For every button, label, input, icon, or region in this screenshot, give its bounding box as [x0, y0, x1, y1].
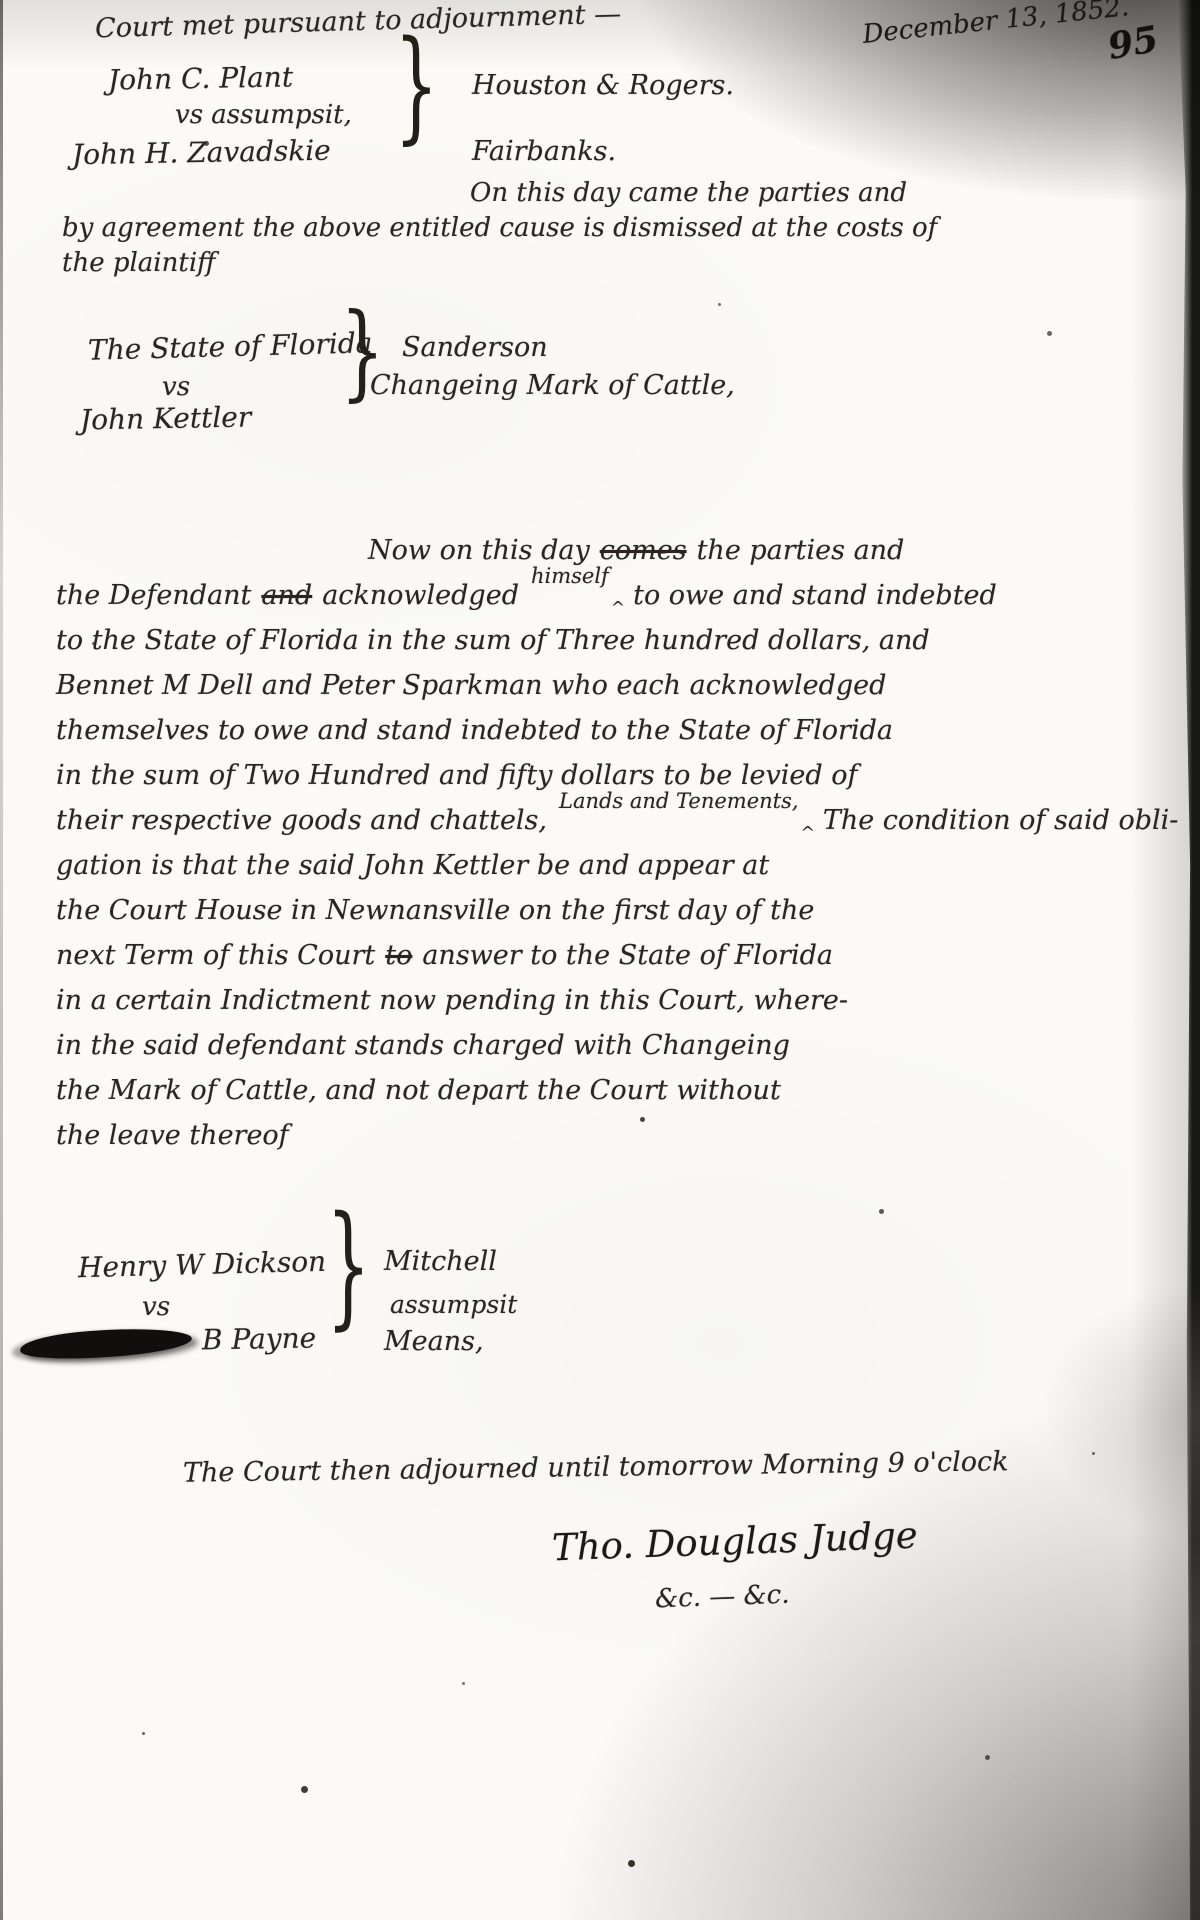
- body-text: answer to the State of Florida: [422, 940, 833, 971]
- body-text: in the said defendant stands charged wit…: [56, 1030, 790, 1061]
- case-body-line: to the State of Florida in the sum of Th…: [56, 618, 1176, 663]
- case-body-line: the Mark of Cattle, and not depart the C…: [56, 1068, 1176, 1113]
- case-body-line: in a certain Indictment now pending in t…: [56, 978, 1176, 1023]
- body-text: the Mark of Cattle, and not depart the C…: [56, 1075, 781, 1106]
- case-body-line: gation is that the said John Kettler be …: [56, 843, 1176, 888]
- case1-versus-label: vs assumpsit,: [175, 100, 352, 130]
- case-body-line: next Term of this Courttoanswer to the S…: [56, 933, 1176, 978]
- case-body-line: the Court House in Newnansville on the f…: [56, 888, 1176, 933]
- case2-defendant: John Kettler: [80, 401, 252, 437]
- case3-plaintiff: Henry W Dickson: [78, 1245, 327, 1284]
- struck-word: comes: [600, 535, 687, 566]
- case-body-line: Bennet M Dell and Peter Sparkman who eac…: [56, 663, 1176, 708]
- body-text: their respective goods and chattels,: [56, 805, 547, 836]
- case1-attorney-defendant: Fairbanks.: [472, 136, 616, 167]
- case3-brace: }: [326, 1198, 370, 1331]
- body-text: The condition of said obli-: [823, 805, 1179, 836]
- case3-attorney-plaintiff: Mitchell: [384, 1246, 497, 1277]
- inserted-word: himself: [531, 564, 609, 588]
- case1-attorney-plaintiff: Houston & Rogers.: [472, 70, 734, 101]
- case2-versus-label: vs: [162, 372, 190, 402]
- body-text: the leave thereof: [56, 1120, 289, 1151]
- case3-defendant-line: B Payne: [20, 1321, 317, 1359]
- struck-word: to: [385, 940, 412, 971]
- page-number: 95: [1105, 18, 1162, 68]
- case2-plaintiff: The State of Florida: [88, 326, 373, 366]
- case-body-line: Now on this daycomesthe parties and: [56, 528, 1176, 573]
- case2-charge: Changeing Mark of Cattle,: [370, 370, 735, 401]
- caret-mark: ^: [801, 823, 815, 843]
- body-text: by agreement the above entitled cause is…: [62, 213, 937, 243]
- body-text: On this day came the parties and: [470, 178, 907, 208]
- case1-defendant: John H. Zavadskie: [72, 134, 331, 172]
- inserted-phrase: Lands and Tenements,: [559, 789, 799, 813]
- case3-attorney-defendant: Means,: [384, 1326, 484, 1357]
- case3-defendant: B Payne: [202, 1321, 317, 1356]
- body-text: gation is that the said John Kettler be …: [56, 850, 769, 881]
- body-text: the plaintiff: [62, 248, 216, 278]
- caret-mark: ^: [611, 598, 625, 618]
- ink-blot: [19, 1326, 192, 1362]
- case-body-line: in the said defendant stands charged wit…: [56, 1023, 1176, 1068]
- paper-stain-mid-right: [1040, 1280, 1200, 1540]
- case-body-line: their respective goods and chattels,Land…: [56, 798, 1176, 843]
- body-text: acknowledged: [322, 580, 519, 611]
- court-record-page: Court met pursuant to adjournment — Dece…: [0, 0, 1200, 1920]
- case-body-line: the Defendantandacknowledgedhimself^to o…: [56, 573, 1176, 618]
- body-text: next Term of this Court: [56, 940, 375, 971]
- body-text: the parties and: [697, 535, 905, 566]
- case1-body: On this day came the parties and by agre…: [62, 176, 1172, 281]
- struck-word: and: [261, 580, 312, 611]
- body-text: the Defendant: [56, 580, 251, 611]
- case-body-line: themselves to owe and stand indebted to …: [56, 708, 1176, 753]
- body-text: Bennet M Dell and Peter Sparkman who eac…: [56, 670, 886, 701]
- case-body-line: the plaintiff: [62, 246, 1172, 281]
- case-body-line: the leave thereof: [56, 1113, 1176, 1158]
- body-text: the Court House in Newnansville on the f…: [56, 895, 814, 926]
- case3-versus-label: vs: [142, 1292, 170, 1322]
- case2-attorney: Sanderson: [402, 332, 548, 363]
- signature-flourish: &c. — &c.: [655, 1580, 790, 1615]
- case3-action-label: assumpsit: [390, 1290, 517, 1319]
- body-text: to owe and stand indebted: [633, 580, 997, 611]
- case1-brace: }: [394, 24, 438, 146]
- case-body-line: On this day came the parties and: [62, 176, 1172, 211]
- body-text: in the sum of Two Hundred and fifty doll…: [56, 760, 857, 791]
- case-body-line: by agreement the above entitled cause is…: [62, 211, 1172, 246]
- body-text: themselves to owe and stand indebted to …: [56, 715, 893, 746]
- paper-speckles: [0, 0, 3, 3]
- scan-edge-left: [0, 0, 3, 1920]
- body-text: to the State of Florida in the sum of Th…: [56, 625, 930, 656]
- body-text: in a certain Indictment now pending in t…: [56, 985, 848, 1016]
- case1-plaintiff: John C. Plant: [108, 60, 294, 96]
- body-text: Now on this day: [368, 535, 590, 566]
- case2-body: Now on this daycomesthe parties and the …: [56, 528, 1176, 1158]
